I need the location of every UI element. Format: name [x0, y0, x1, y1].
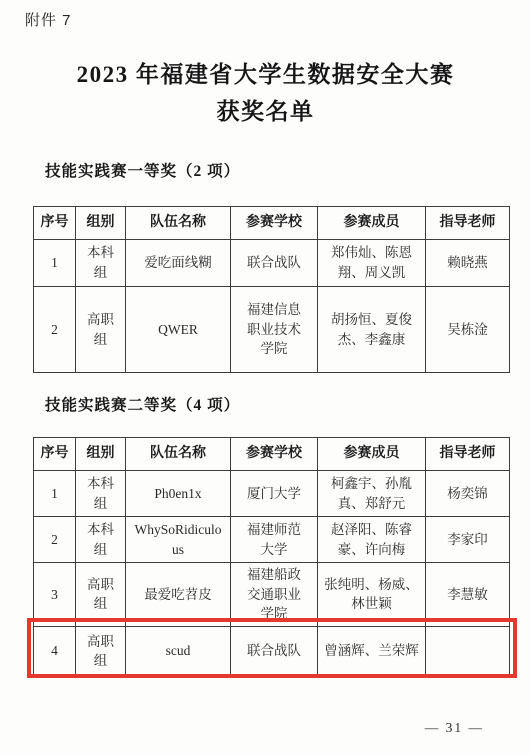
document-page: 附件 7 2023 年福建省大学生数据安全大赛 获奖名单 技能实践赛一等奖（2 …: [0, 0, 531, 755]
column-header: 指导老师: [426, 438, 510, 471]
column-header: 序号: [34, 438, 76, 471]
table-cell: 本科组: [76, 240, 126, 287]
second-prize-table: 序号 组别 队伍名称 参赛学校 参赛成员 指导老师 1 本科组 Ph0en1x …: [33, 437, 510, 677]
table-cell: Ph0en1x: [126, 471, 231, 517]
table-cell: 1: [34, 471, 76, 517]
table-row-highlighted: 4 高职组 scud 联合战队 曾涵辉、兰荣辉: [34, 626, 510, 676]
table-cell: 高职组: [76, 287, 126, 373]
table-cell: 福建船政交通职业学院: [231, 563, 318, 627]
page-number: — 31 —: [425, 720, 484, 736]
table-cell: 高职组: [76, 563, 126, 627]
attachment-label: 附件 7: [25, 9, 72, 30]
table-cell: 爱吃面线糊: [126, 240, 231, 287]
table-cell: 张纯明、杨威、林世颖: [318, 563, 426, 627]
table-cell: 高职组: [76, 626, 126, 676]
table-cell: 赖晓燕: [426, 240, 510, 287]
table-cell: 李家印: [426, 517, 510, 563]
table-cell: 柯鑫宇、孙胤真、郑舒元: [318, 471, 426, 517]
document-title-line1: 2023 年福建省大学生数据安全大赛: [0, 57, 531, 94]
table-cell: WhySoRidiculous: [126, 517, 231, 563]
table-cell: 2: [34, 517, 76, 563]
column-header: 参赛学校: [231, 438, 318, 471]
column-header: 参赛成员: [318, 207, 426, 240]
table-cell: 吴栋淦: [426, 287, 510, 373]
table-cell: 1: [34, 240, 76, 287]
table-cell: 联合战队: [231, 626, 318, 676]
first-prize-table: 序号 组别 队伍名称 参赛学校 参赛成员 指导老师 1 本科组 爱吃面线糊 联合…: [33, 206, 510, 373]
column-header: 参赛学校: [231, 207, 318, 240]
table-row: 2 本科组 WhySoRidiculous 福建师范大学 赵泽阳、陈睿豪、许向梅…: [34, 517, 510, 563]
column-header: 组别: [76, 438, 126, 471]
table-cell: [426, 626, 510, 676]
table-cell: 本科组: [76, 471, 126, 517]
table-cell: 厦门大学: [231, 471, 318, 517]
table-cell: scud: [126, 626, 231, 676]
column-header: 指导老师: [426, 207, 510, 240]
document-title-line2: 获奖名单: [0, 94, 531, 131]
column-header: 队伍名称: [126, 438, 231, 471]
table-cell: 4: [34, 626, 76, 676]
table-header-row: 序号 组别 队伍名称 参赛学校 参赛成员 指导老师: [34, 207, 510, 240]
table-row: 1 本科组 爱吃面线糊 联合战队 郑伟灿、陈恩翔、周义凯 赖晓燕: [34, 240, 510, 287]
table-cell: 2: [34, 287, 76, 373]
table-cell: QWER: [126, 287, 231, 373]
table-row: 2 高职组 QWER 福建信息职业技术学院 胡扬恒、夏俊杰、李鑫康 吴栋淦: [34, 287, 510, 373]
table-cell: 曾涵辉、兰荣辉: [318, 626, 426, 676]
table-cell: 福建信息职业技术学院: [231, 287, 318, 373]
table-cell: 杨奕锦: [426, 471, 510, 517]
column-header: 队伍名称: [126, 207, 231, 240]
table-cell: 赵泽阳、陈睿豪、许向梅: [318, 517, 426, 563]
table-header-row: 序号 组别 队伍名称 参赛学校 参赛成员 指导老师: [34, 438, 510, 471]
table-cell: 本科组: [76, 517, 126, 563]
column-header: 参赛成员: [318, 438, 426, 471]
table-cell: 胡扬恒、夏俊杰、李鑫康: [318, 287, 426, 373]
table-row: 3 高职组 最爱吃苕皮 福建船政交通职业学院 张纯明、杨威、林世颖 李慧敏: [34, 563, 510, 627]
table-row: 1 本科组 Ph0en1x 厦门大学 柯鑫宇、孙胤真、郑舒元 杨奕锦: [34, 471, 510, 517]
section-heading-second-prize: 技能实践赛二等奖（4 项）: [45, 393, 240, 415]
table-cell: 最爱吃苕皮: [126, 563, 231, 627]
section-heading-first-prize: 技能实践赛一等奖（2 项）: [45, 159, 240, 181]
column-header: 序号: [34, 207, 76, 240]
table-cell: 联合战队: [231, 240, 318, 287]
table-cell: 李慧敏: [426, 563, 510, 627]
document-title: 2023 年福建省大学生数据安全大赛 获奖名单: [0, 57, 531, 131]
table-cell: 郑伟灿、陈恩翔、周义凯: [318, 240, 426, 287]
table-cell: 福建师范大学: [231, 517, 318, 563]
table-cell: 3: [34, 563, 76, 627]
column-header: 组别: [76, 207, 126, 240]
